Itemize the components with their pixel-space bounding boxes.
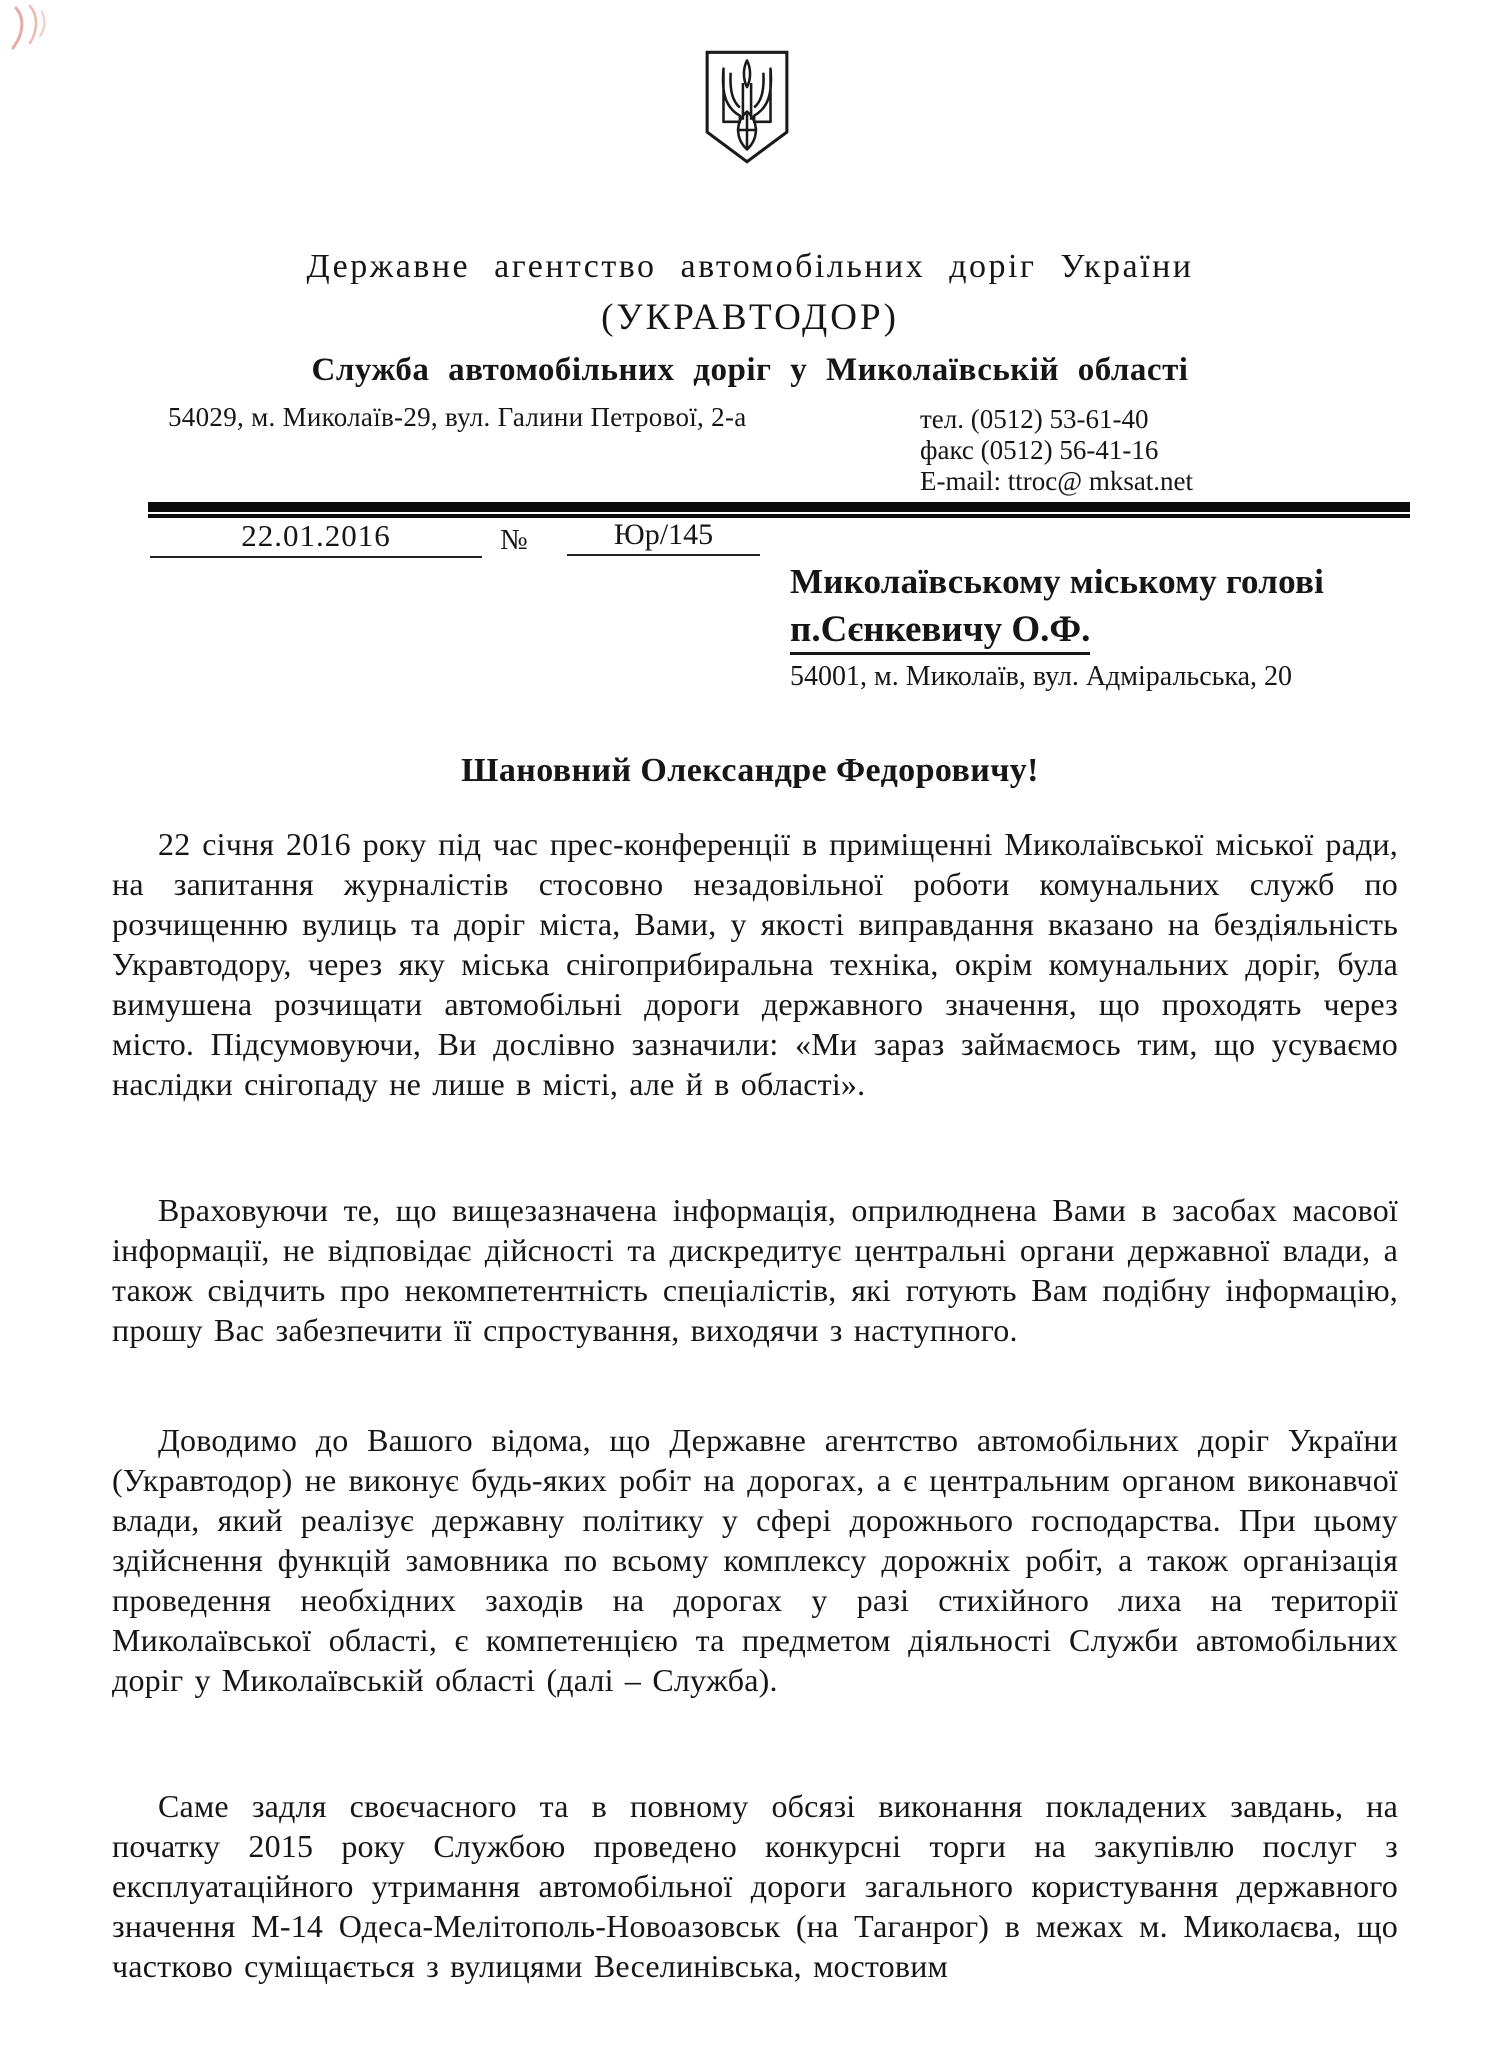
recipient-name: п.Сєнкевичу О.Ф. bbox=[790, 608, 1090, 655]
sender-email: E-mail: ttroc@ mksat.net bbox=[920, 466, 1193, 497]
number-sign: № bbox=[500, 524, 528, 557]
letter-reference-number: Юр/145 bbox=[567, 518, 760, 556]
scanned-letter-page: Державне агентство автомобільних доріг У… bbox=[0, 0, 1500, 2063]
sender-phone: тел. (0512) 53-61-40 bbox=[920, 404, 1193, 435]
letter-date: 22.01.2016 bbox=[150, 518, 482, 558]
agency-abbreviation: (УКРАВТОДОР) bbox=[0, 296, 1500, 339]
letterhead-divider-thick bbox=[148, 502, 1410, 512]
recipient-block: Миколаївському міському голові п.Сєнкеви… bbox=[790, 562, 1410, 693]
service-name: Служба автомобільних доріг у Миколаївськ… bbox=[0, 352, 1500, 389]
body-paragraph-1: 22 січня 2016 року під час прес-конферен… bbox=[112, 824, 1398, 1104]
sender-address: 54029, м. Миколаїв-29, вул. Галини Петро… bbox=[168, 402, 747, 433]
sender-contacts: тел. (0512) 53-61-40 факс (0512) 56-41-1… bbox=[920, 404, 1193, 497]
agency-name: Державне агентство автомобільних доріг У… bbox=[0, 248, 1500, 286]
body-paragraph-3: Доводимо до Вашого відома, що Державне а… bbox=[112, 1420, 1398, 1700]
body-paragraph-4: Саме задля своєчасного та в повному обся… bbox=[112, 1786, 1398, 1986]
ukraine-trident-emblem-icon bbox=[701, 48, 793, 166]
recipient-title: Миколаївському міському голові bbox=[790, 562, 1410, 602]
red-pen-mark bbox=[6, 2, 66, 66]
salutation: Шановний Олександре Федоровичу! bbox=[0, 752, 1500, 790]
recipient-address: 54001, м. Миколаїв, вул. Адміральська, 2… bbox=[790, 661, 1410, 693]
body-paragraph-2: Враховуючи те, що вищезазначена інформац… bbox=[112, 1190, 1398, 1350]
sender-fax: факс (0512) 56-41-16 bbox=[920, 435, 1193, 466]
